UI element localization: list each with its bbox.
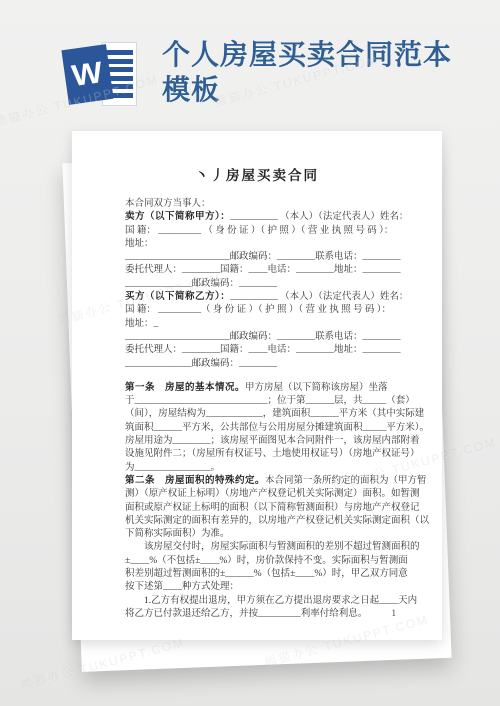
icon-stripe <box>106 67 133 72</box>
document-line: 国 籍： _________ （ 身 份 证 ）（ 护 照 ）（ 营 业 执 照… <box>125 225 416 238</box>
page-background: W 个人房屋买卖合同范本模板 丶丿房屋买卖合同 本合同双方当事人：卖方（以下简称… <box>0 0 500 706</box>
word-icon: W <box>64 42 138 108</box>
document-line: 1.乙方有权提出退房，甲方须在乙方提出退房要求之日起____天内 <box>125 595 416 608</box>
document-line: 委托代理人：________国籍：____电话：________地址：_____… <box>125 264 416 277</box>
document-line: 国 籍： _________（ 身 份 证 ）（ 护 照 ）（ 营 业 执 照 … <box>125 304 416 317</box>
document-line: 设施见附件二；（房屋所有权证号、土地使用权证号）（房地产权证号） <box>125 448 416 461</box>
document-lines: 本合同双方当事人：卖方（以下简称甲方）：__________ （本人）（法定代表… <box>125 198 416 621</box>
header: W 个人房屋买卖合同范本模板 <box>0 0 500 125</box>
document-line: ±____%（不包括±____%）时，房价款保持不变。实际面积与暂测面 <box>125 555 416 568</box>
document-line: ______________邮政编码：________ <box>125 358 416 371</box>
document-line: ______________________邮政编码：________联系电话：… <box>125 331 416 344</box>
document-line: 地址： <box>125 238 416 251</box>
document-line: 测）（原产权证上标明）（房地产产权登记机关实际测定）面积。如暂测 <box>125 488 416 501</box>
document-line: 积差别超过暂测面积的±______%（包括±____%）时，甲乙双方同意 <box>125 568 416 581</box>
document-line: 下简称实际面积）为准。 <box>125 528 416 541</box>
page-number: 1 <box>392 608 397 618</box>
document-line: 面积或原产权证上标明的面积（以下简称暂测面积）与房地产产权登记 <box>125 502 416 515</box>
page-title: 个人房屋买卖合同范本模板 <box>162 38 462 108</box>
document-line: 地址：_ <box>125 318 416 331</box>
document-title: 丶丿房屋买卖合同 <box>72 164 442 184</box>
document-line: ______________邮政编码：________ <box>125 278 416 291</box>
word-w-badge: W <box>61 44 113 105</box>
document-line: ______________________邮政编码：________联系电话：… <box>125 251 416 264</box>
document-line: 为________________。 <box>125 462 416 475</box>
icon-stripe <box>106 50 133 55</box>
document-line: 机关实际测定的面积有差异的，以房地产产权登记机关实际测定面积（以 <box>125 515 416 528</box>
document-page: 丶丿房屋买卖合同 本合同双方当事人：卖方（以下简称甲方）：__________ … <box>72 131 442 640</box>
document-line: 房屋用途为________；该房屋平面图见本合同附件一，该房屋内部附着 <box>125 435 416 448</box>
document-line: （间），房屋结构为____________，建筑面积______平方米（其中实际… <box>125 408 416 421</box>
document-line: 第一条 房屋的基本情况。甲方房屋（以下简称该房屋）坐落 <box>125 382 416 395</box>
document-line: 买方（以下简称乙方）：__________ （本人）（法定代表人）姓名： <box>125 291 416 304</box>
document-line: 委托代理人：________国籍：____电话：________地址：_____… <box>125 344 416 357</box>
word-letter: W <box>70 58 104 92</box>
icon-stripe <box>106 59 133 64</box>
document-line: 将乙方已付款退还给乙方，并按_________利率付给利息。 <box>125 608 416 621</box>
document-line: 于____________________________；位于第______层… <box>125 395 416 408</box>
document-line: 筑面积______平方米，公共部位与公用房屋分摊建筑面积_____平方米）。 <box>125 422 416 435</box>
document-line: 该房屋交付时，房屋实际面积与暂测面积的差别不超过暂测面积的 <box>125 541 416 554</box>
document-line: 本合同双方当事人： <box>125 198 416 211</box>
document-line: 按下述第____种方式处理： <box>125 581 416 594</box>
document-line: 卖方（以下简称甲方）：__________ （本人）（法定代表人）姓名： <box>125 211 416 224</box>
document-line: 第二条 房屋面积的特殊约定。本合同第一条所约定的面积为（甲方暂 <box>125 475 416 488</box>
